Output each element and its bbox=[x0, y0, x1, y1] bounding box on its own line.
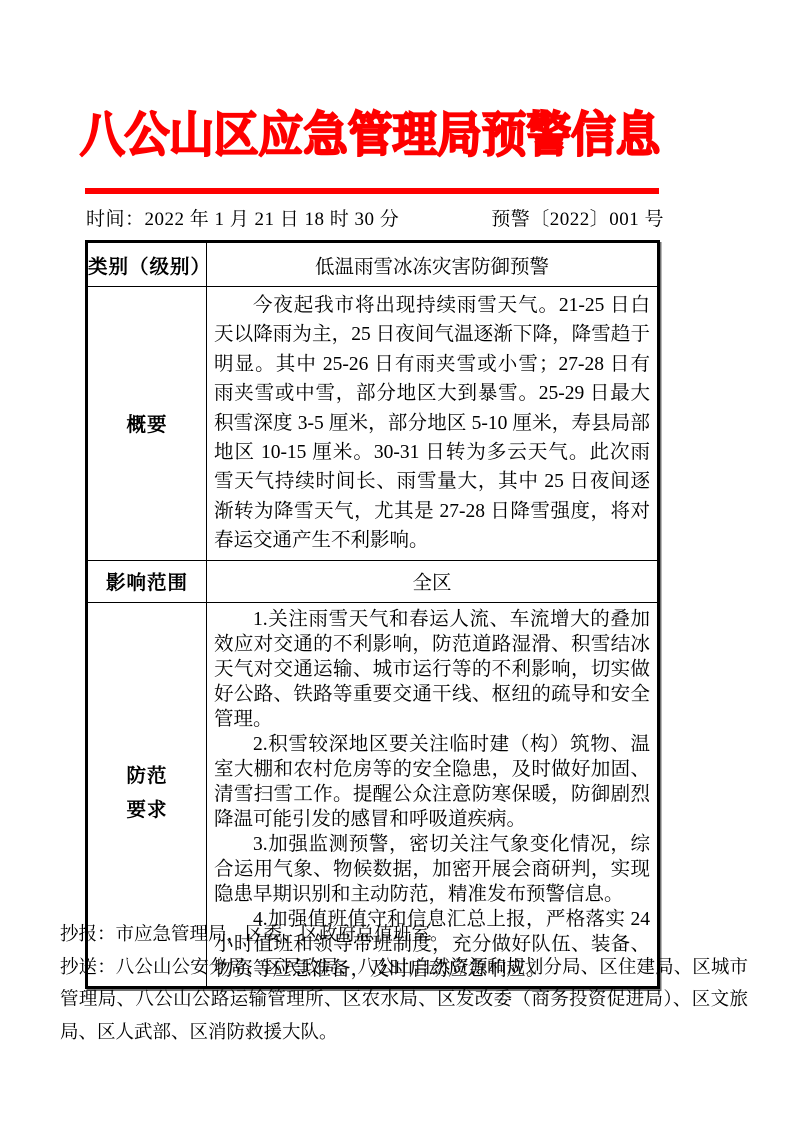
summary-value: 今夜起我市将出现持续雨雪天气。21-25 日白天以降雨为主，25 日夜间气温逐渐… bbox=[207, 287, 659, 561]
copy-send-line: 抄送：八公山公安分局、区民政局、八公山自然资源和规划分局、区住建局、区城市管理局… bbox=[60, 952, 748, 1050]
doc-number: 预警〔2022〕001 号 bbox=[491, 204, 664, 231]
scope-value: 全区 bbox=[207, 560, 659, 602]
table-row-scope: 影响范围 全区 bbox=[87, 560, 659, 602]
issue-time: 时间：2022 年 1 月 21 日 18 时 30 分 bbox=[86, 204, 399, 231]
requirement-item-3: 3.加强监测预警，密切关注气象变化情况，综合运用气象、物候数据，加密开展会商研判… bbox=[214, 832, 650, 907]
title-divider bbox=[85, 188, 659, 194]
requirement-item-1: 1.关注雨雪天气和春运人流、车流增大的叠加效应对交通的不利影响，防范道路湿滑、积… bbox=[214, 607, 650, 732]
table-row-category: 类别（级别） 低温雨雪冰冻灾害防御预警 bbox=[87, 242, 659, 287]
requirements-label-text: 防范要求 bbox=[125, 760, 170, 828]
distribution-notes: 抄报：市应急管理局，区委、区政府总值班室。 抄送：八公山公安分局、区民政局、八公… bbox=[60, 919, 748, 1049]
requirement-item-2: 2.积雪较深地区要关注临时建（构）筑物、温室大棚和农村危房等的安全隐患，及时做好… bbox=[214, 732, 650, 832]
page-title: 八公山区应急管理局预警信息 bbox=[80, 104, 731, 169]
table-row-summary: 概要 今夜起我市将出现持续雨雪天气。21-25 日白天以降雨为主，25 日夜间气… bbox=[87, 287, 659, 561]
meta-row: 时间：2022 年 1 月 21 日 18 时 30 分 预警〔2022〕001… bbox=[86, 204, 664, 231]
row-label-category: 类别（级别） bbox=[87, 242, 207, 287]
category-value: 低温雨雪冰冻灾害防御预警 bbox=[207, 242, 659, 287]
document-page: 八公山区应急管理局预警信息 时间：2022 年 1 月 21 日 18 时 30… bbox=[0, 0, 793, 1122]
warning-table: 类别（级别） 低温雨雪冰冻灾害防御预警 概要 今夜起我市将出现持续雨雪天气。21… bbox=[85, 240, 660, 989]
summary-paragraph: 今夜起我市将出现持续雨雪天气。21-25 日白天以降雨为主，25 日夜间气温逐渐… bbox=[214, 291, 650, 556]
copy-report-line: 抄报：市应急管理局，区委、区政府总值班室。 bbox=[60, 919, 748, 952]
row-label-scope: 影响范围 bbox=[87, 560, 207, 602]
row-label-summary: 概要 bbox=[87, 287, 207, 561]
